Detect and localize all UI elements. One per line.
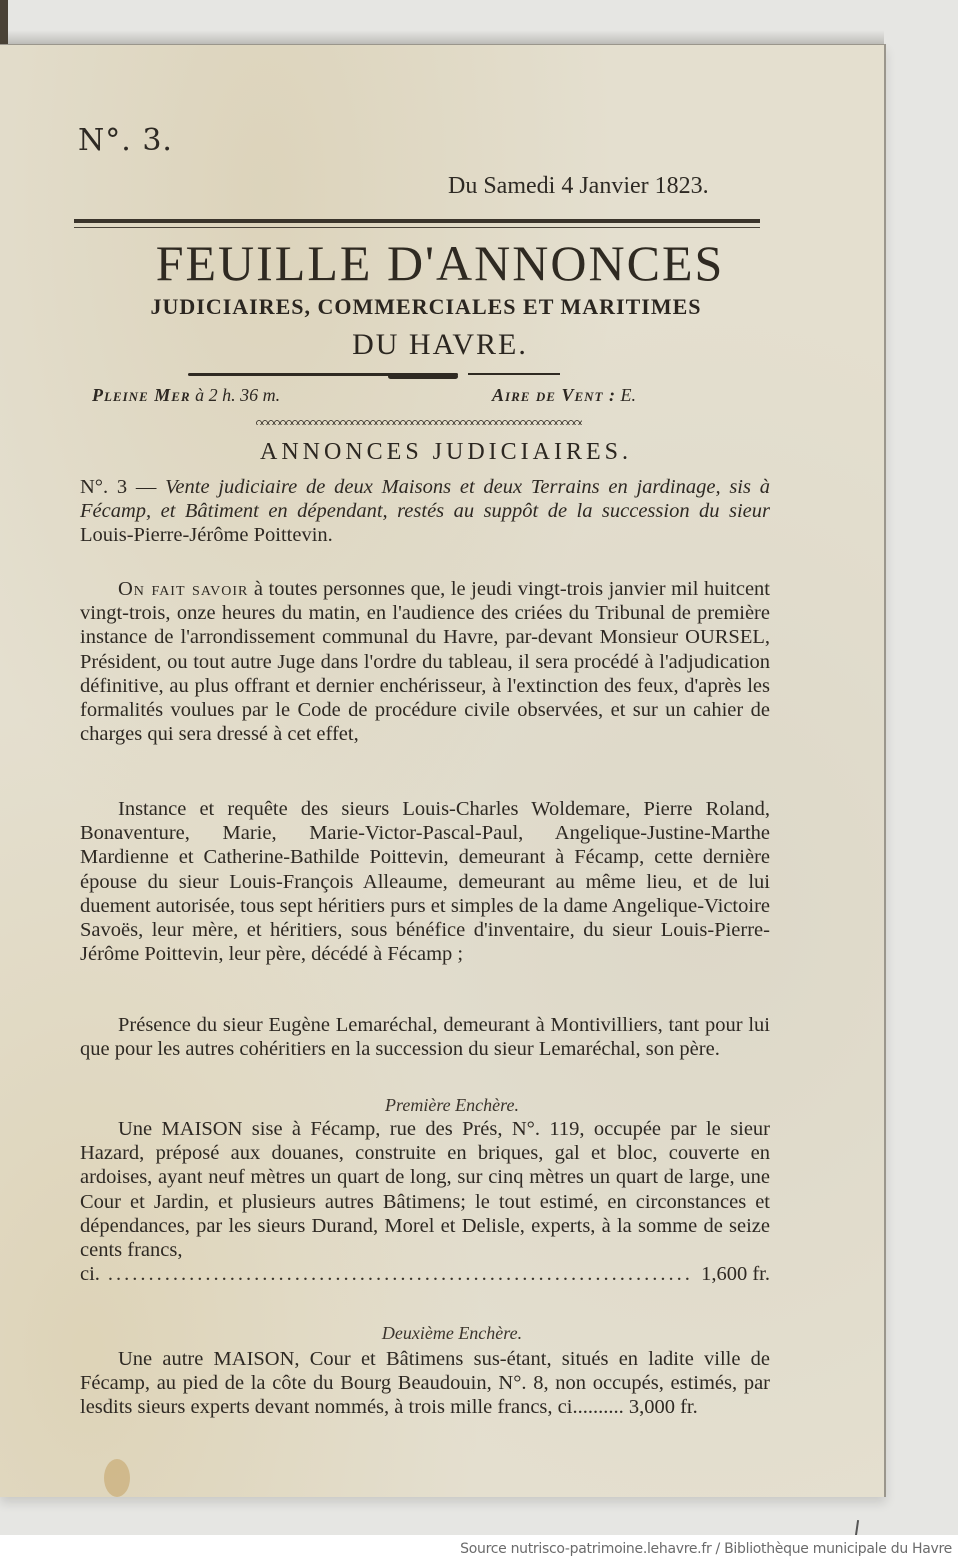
auction-lot-first: Une MAISON sise à Fécamp, rue des Prés, … (80, 1117, 770, 1286)
paragraph-text: à toutes personnes que, le jeudi vingt-t… (80, 578, 770, 745)
page-content: N°. 3. Du Samedi 4 Janvier 1823. FEUILLE… (0, 45, 884, 1497)
masthead-place: DU HAVRE. (60, 329, 820, 361)
tide-value: à 2 h. 36 m. (195, 385, 280, 405)
wavy-divider (256, 417, 582, 425)
wind-label: Aire de Vent : (492, 385, 616, 405)
tide-label: Pleine Mer (92, 385, 191, 405)
leader-dots: ........................................… (108, 1262, 693, 1286)
masthead-rule-tail (468, 373, 560, 375)
header-rule-thin (74, 227, 760, 228)
paragraph-opening: On fait savoir (118, 578, 248, 600)
auction-lot-second: Une autre MAISON, Cour et Bâtimens sus-é… (80, 1347, 770, 1420)
header-rule-thick (74, 219, 760, 223)
auction-price-line: ci. ....................................… (80, 1262, 770, 1286)
masthead-rule-swell (388, 374, 458, 379)
notice-paragraph-announcement: On fait savoir à toutes personnes que, l… (80, 577, 770, 746)
auction-price: 3,000 fr. (629, 1396, 698, 1418)
tide-info: Pleine Mer à 2 h. 36 m. (92, 385, 280, 406)
masthead-subtitle: Judiciaires, Commerciales et Maritimes (66, 293, 786, 321)
wind-value: E. (620, 385, 636, 405)
notice-summary: Vente judiciaire de deux Maisons et deux… (80, 476, 770, 522)
leader-dots: .......... (572, 1396, 628, 1418)
book-binding-edge (0, 0, 8, 44)
auction-label-second: Deuxième Enchère. (0, 1323, 884, 1344)
notice-number: N°. 3 — (80, 476, 156, 498)
source-credit: Source nutrisco-patrimoine.lehavre.fr / … (460, 1541, 952, 1557)
pencil-mark (855, 1520, 859, 1536)
section-heading: ANNONCES JUDICIAIRES. (0, 439, 884, 466)
wind-info: Aire de Vent : E. (492, 385, 636, 406)
source-footer: Source nutrisco-patrimoine.lehavre.fr / … (0, 1535, 958, 1566)
notice-header: N°. 3 — Vente judiciaire de deux Maisons… (80, 475, 770, 548)
notice-subject-name: Louis-Pierre-Jérôme Poittevin. (80, 524, 333, 546)
issue-date: Du Samedi 4 Janvier 1823. (448, 173, 709, 200)
newspaper-page: N°. 3. Du Samedi 4 Janvier 1823. FEUILLE… (0, 44, 886, 1497)
auction-price: 1,600 fr. (701, 1262, 770, 1286)
masthead-title: FEUILLE D'ANNONCES (60, 237, 820, 289)
auction-description: Une MAISON sise à Fécamp, rue des Prés, … (80, 1117, 770, 1262)
issue-number: N°. 3. (78, 123, 173, 158)
auction-label-first: Première Enchère. (0, 1095, 884, 1116)
notice-paragraph-presence: Présence du sieur Eugène Lemaréchal, dem… (80, 1013, 770, 1061)
notice-paragraph-parties: Instance et requête des sieurs Louis-Cha… (80, 797, 770, 966)
price-prefix: ci. (80, 1262, 100, 1286)
